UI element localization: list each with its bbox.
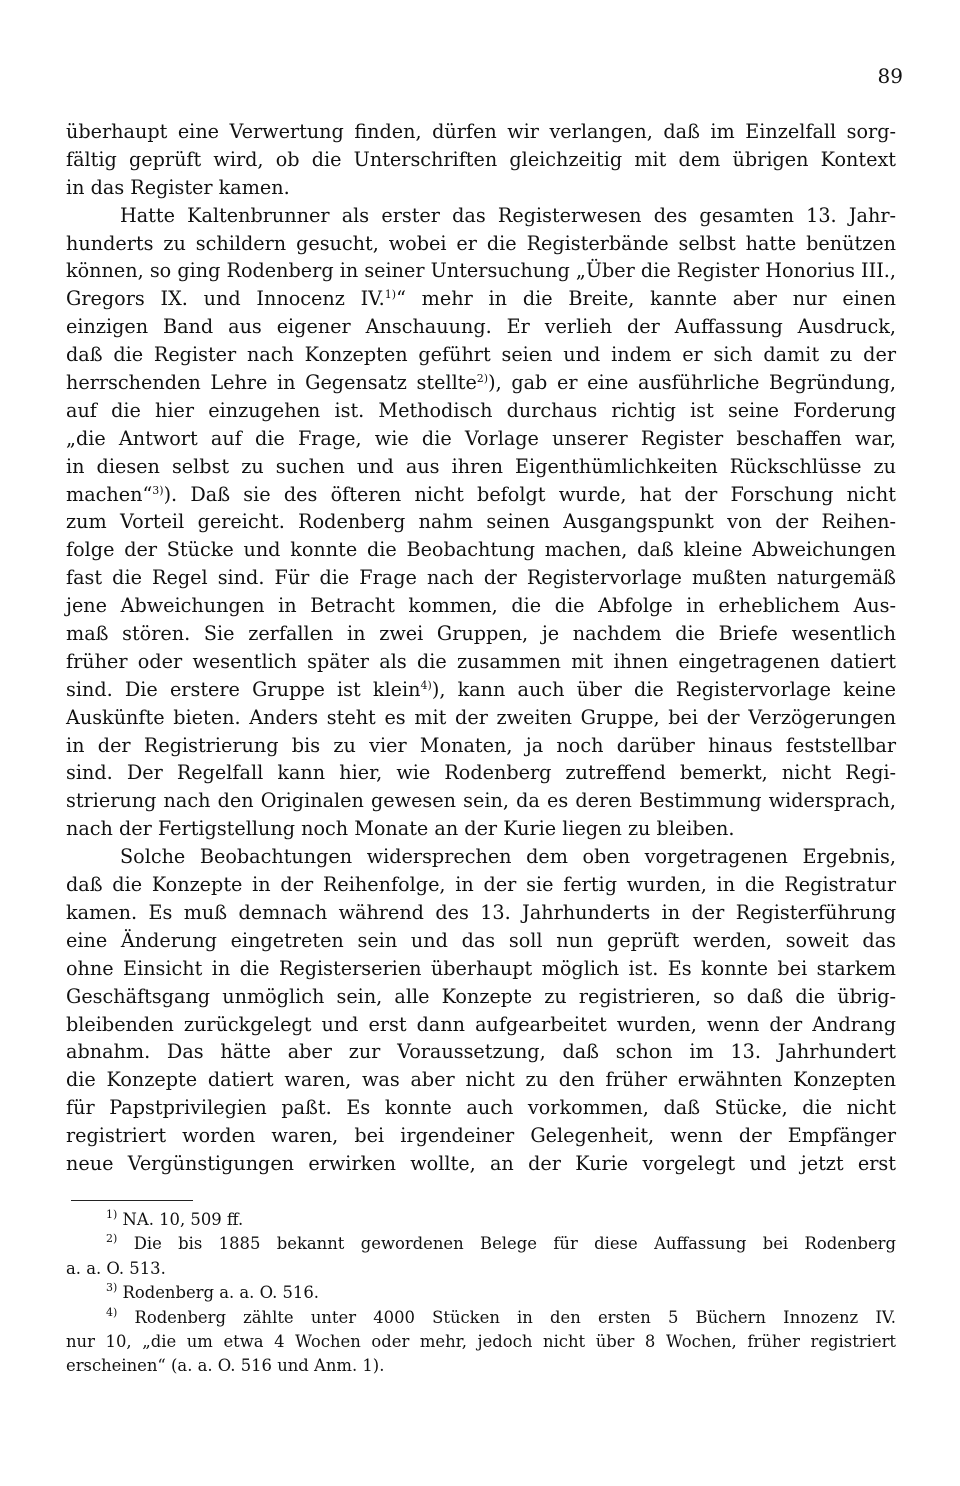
text-line: früher oder wesentlich später als die zu… <box>66 648 896 676</box>
footnote-2: 2) Die bis 1885 bekannt gewordenen Beleg… <box>66 1232 896 1256</box>
text-line: herrschenden Lehre in Gegensatz stellte2… <box>66 369 896 397</box>
text-line: fältig geprüft wird, ob die Unterschrift… <box>66 146 896 174</box>
footnote-1: 1) NA. 10, 509 ff. <box>66 1208 896 1232</box>
text-line: bleibenden zurückgelegt und erst dann au… <box>66 1011 896 1039</box>
text-line: überhaupt eine Verwertung finden, dürfen… <box>66 118 896 146</box>
footnote-ref-2[interactable]: 2) <box>477 372 488 385</box>
footnote-4-cont: nur 10, „die um etwa 4 Wochen oder mehr,… <box>66 1330 896 1354</box>
text-line: auf die hier einzugehen ist. Methodisch … <box>66 397 896 425</box>
page-number: 89 <box>878 64 903 88</box>
footnote-ref-3[interactable]: 3) <box>152 484 163 497</box>
text-line: ohne Einsicht in die Registerserien über… <box>66 955 896 983</box>
text-line: in das Register kamen. <box>66 174 896 202</box>
footnote-3: 3) Rodenberg a. a. O. 516. <box>66 1281 896 1305</box>
text-line: Gregors IX. und Innocenz IV.1)“ mehr in … <box>66 285 896 313</box>
footnote-4-cont: erscheinen“ (a. a. O. 516 und Anm. 1). <box>66 1354 896 1378</box>
text-line: machen“3)). Daß sie des öfteren nicht be… <box>66 481 896 509</box>
body-text: überhaupt eine Verwertung finden, dürfen… <box>66 118 896 1178</box>
text-line: nach der Fertigstellung noch Monate an d… <box>66 815 896 843</box>
footnote-separator <box>71 1200 193 1201</box>
text-line: strierung nach den Originalen gewesen se… <box>66 787 896 815</box>
text-line: eine Änderung eingetreten sein und das s… <box>66 927 896 955</box>
text-line: jene Abweichungen in Betracht kommen, di… <box>66 592 896 620</box>
text-line: Auskünfte bieten. Anders steht es mit de… <box>66 704 896 732</box>
footnote-ref-1[interactable]: 1) <box>385 288 396 301</box>
text-line: „die Antwort auf die Frage, wie die Vorl… <box>66 425 896 453</box>
text-line: abnahm. Das hätte aber zur Voraussetzung… <box>66 1038 896 1066</box>
text-line: sind. Die erstere Gruppe ist klein4)), k… <box>66 676 896 704</box>
footnote-2-cont: a. a. O. 513. <box>66 1257 896 1281</box>
text-line: fast die Regel sind. Für die Frage nach … <box>66 564 896 592</box>
paragraph-start-line: Hatte Kaltenbrunner als erster das Regis… <box>66 202 896 230</box>
text-line: in diesen selbst zu suchen und aus ihren… <box>66 453 896 481</box>
text-line: können, so ging Rodenberg in seiner Unte… <box>66 257 896 285</box>
text-line: neue Vergünstigungen erwirken wollte, an… <box>66 1150 896 1178</box>
footnote-ref-4[interactable]: 4) <box>421 679 432 692</box>
text-line: folge der Stücke und konnte die Beobacht… <box>66 536 896 564</box>
text-line: für Papstprivilegien paßt. Es konnte auc… <box>66 1094 896 1122</box>
text-line: daß die Konzepte in der Reihenfolge, in … <box>66 871 896 899</box>
text-line: registriert worden waren, bei irgendeine… <box>66 1122 896 1150</box>
footnote-4: 4) Rodenberg zählte unter 4000 Stücken i… <box>66 1306 896 1330</box>
text-line: die Konzepte datiert waren, was aber nic… <box>66 1066 896 1094</box>
paragraph-start-line: Solche Beobachtungen widersprechen dem o… <box>66 843 896 871</box>
text-line: zum Vorteil gereicht. Rodenberg nahm sei… <box>66 508 896 536</box>
text-line: Geschäftsgang unmöglich sein, alle Konze… <box>66 983 896 1011</box>
text-line: hunderts zu schildern gesucht, wobei er … <box>66 230 896 258</box>
text-line: sind. Der Regelfall kann hier, wie Roden… <box>66 759 896 787</box>
text-line: kamen. Es muß demnach während des 13. Ja… <box>66 899 896 927</box>
footnotes: 1) NA. 10, 509 ff. 2) Die bis 1885 bekan… <box>66 1208 896 1379</box>
text-line: daß die Register nach Konzepten geführt … <box>66 341 896 369</box>
text-line: maß stören. Sie zerfallen in zwei Gruppe… <box>66 620 896 648</box>
text-line: einzigen Band aus eigener Anschauung. Er… <box>66 313 896 341</box>
text-line: in der Registrierung bis zu vier Monaten… <box>66 732 896 760</box>
